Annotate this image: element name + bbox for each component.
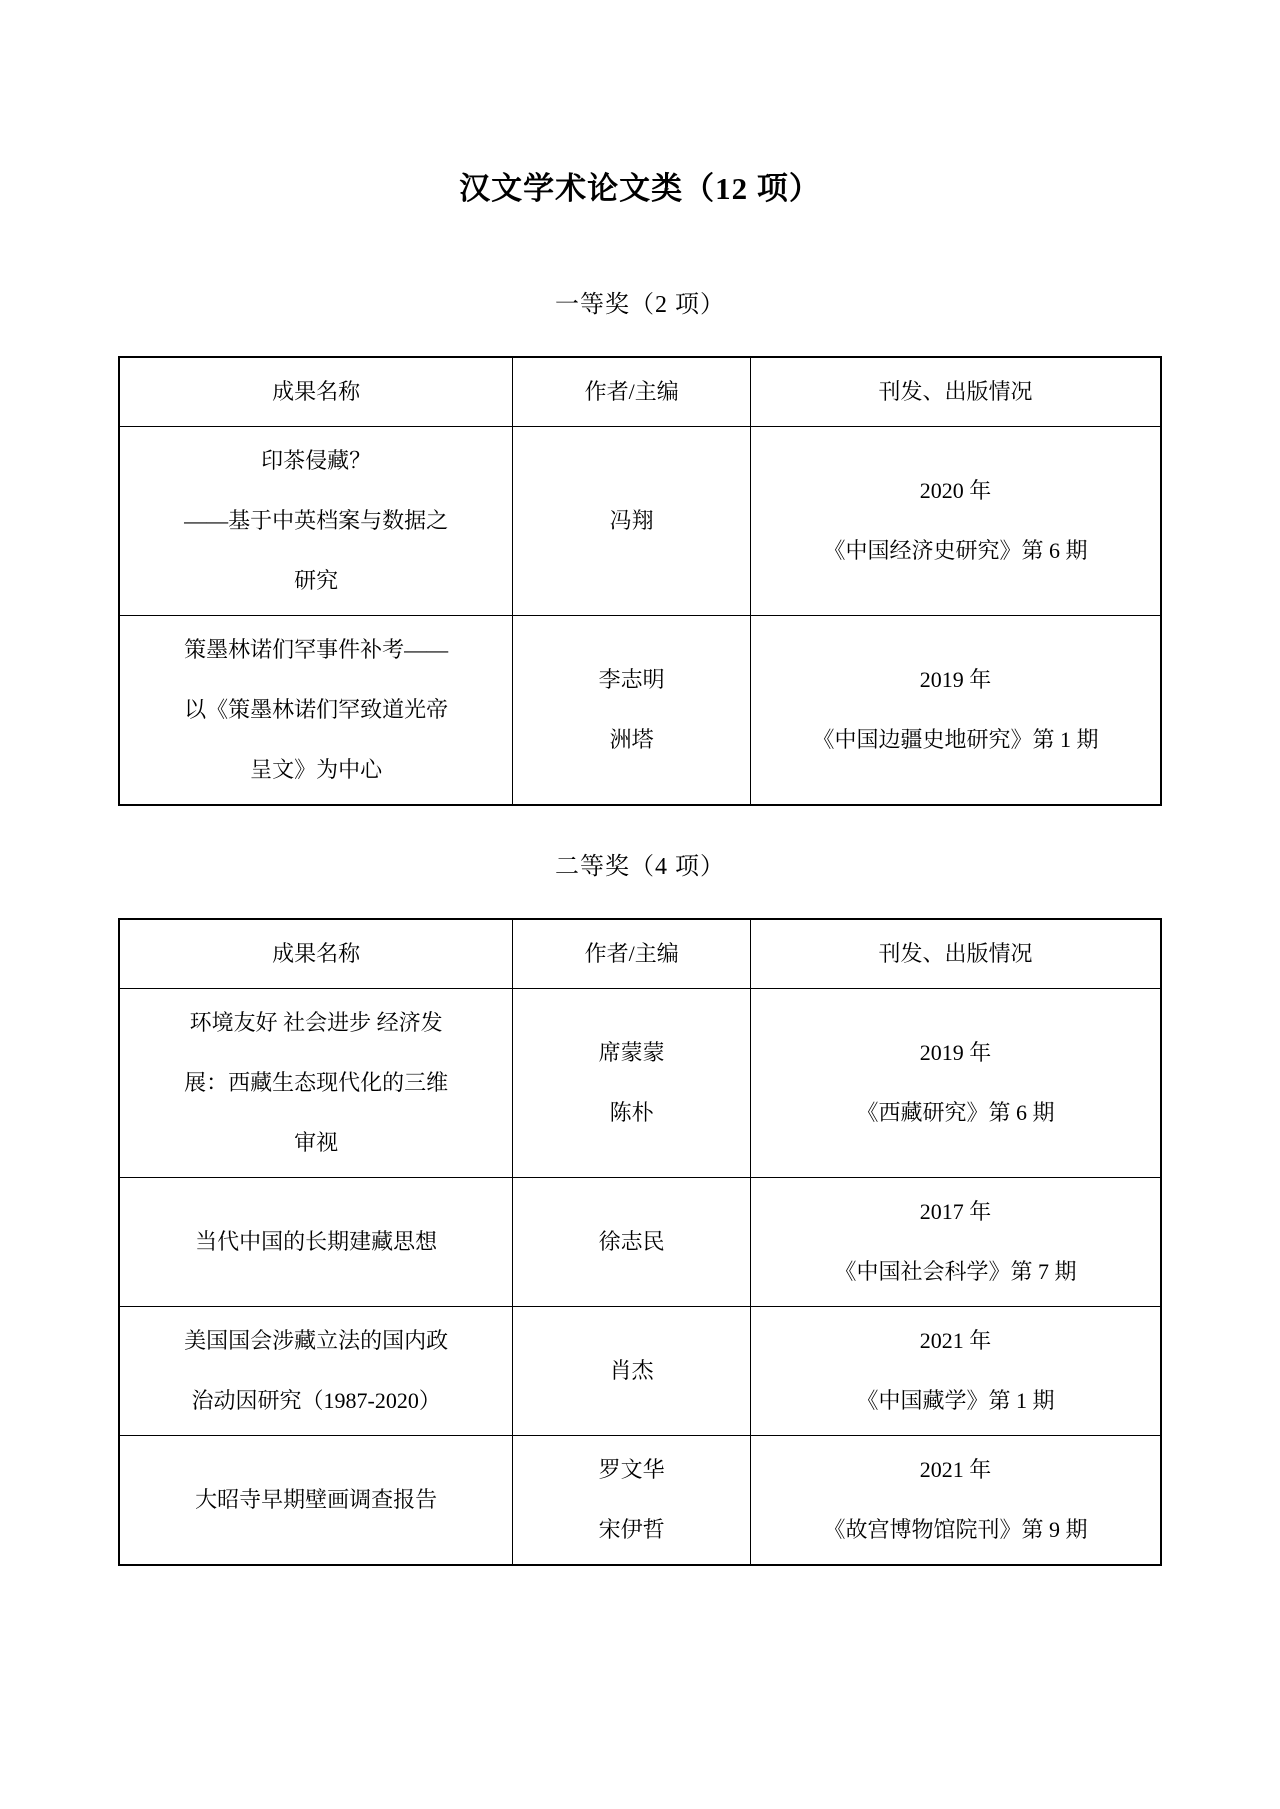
sections-container: 一等奖（2 项） 成果名称作者/主编刊发、出版情况 印茶侵藏？ ——基于中英档案… (118, 288, 1162, 1566)
document-page: 汉文学术论文类（12 项） 一等奖（2 项） 成果名称作者/主编刊发、出版情况 … (0, 0, 1280, 1809)
author-cell: 罗文华 宋伊哲 (513, 1436, 751, 1566)
header-cell: 成果名称 (119, 919, 513, 989)
table-row: 策墨林诺们罕事件补考—— 以《策墨林诺们罕致道光帝 呈文》为中心李志明 洲塔20… (119, 616, 1161, 806)
table-row: 环境友好 社会进步 经济发 展：西藏生态现代化的三维 审视席蒙蒙 陈朴2019 … (119, 989, 1161, 1178)
table-header-row: 成果名称作者/主编刊发、出版情况 (119, 919, 1161, 989)
result-name-cell: 策墨林诺们罕事件补考—— 以《策墨林诺们罕致道光帝 呈文》为中心 (119, 616, 513, 806)
award-section: 一等奖（2 项） 成果名称作者/主编刊发、出版情况 印茶侵藏？ ——基于中英档案… (118, 288, 1162, 806)
result-name-cell: 环境友好 社会进步 经济发 展：西藏生态现代化的三维 审视 (119, 989, 513, 1178)
result-name-cell: 当代中国的长期建藏思想 (119, 1178, 513, 1307)
header-cell: 刊发、出版情况 (750, 919, 1161, 989)
author-cell: 肖杰 (513, 1307, 751, 1436)
header-cell: 刊发、出版情况 (750, 357, 1161, 427)
author-cell: 李志明 洲塔 (513, 616, 751, 806)
header-cell: 作者/主编 (513, 357, 751, 427)
publication-cell: 2019 年 《西藏研究》第 6 期 (750, 989, 1161, 1178)
result-name-cell: 大昭寺早期壁画调查报告 (119, 1436, 513, 1566)
awards-table: 成果名称作者/主编刊发、出版情况 环境友好 社会进步 经济发 展：西藏生态现代化… (118, 918, 1162, 1566)
table-row: 当代中国的长期建藏思想徐志民2017 年 《中国社会科学》第 7 期 (119, 1178, 1161, 1307)
awards-table: 成果名称作者/主编刊发、出版情况 印茶侵藏？ ——基于中英档案与数据之 研究冯翔… (118, 356, 1162, 806)
publication-cell: 2019 年 《中国边疆史地研究》第 1 期 (750, 616, 1161, 806)
result-name-cell: 美国国会涉藏立法的国内政 治动因研究（1987-2020） (119, 1307, 513, 1436)
publication-cell: 2021 年 《中国藏学》第 1 期 (750, 1307, 1161, 1436)
author-cell: 冯翔 (513, 427, 751, 616)
publication-cell: 2020 年 《中国经济史研究》第 6 期 (750, 427, 1161, 616)
author-cell: 徐志民 (513, 1178, 751, 1307)
table-row: 印茶侵藏？ ——基于中英档案与数据之 研究冯翔2020 年 《中国经济史研究》第… (119, 427, 1161, 616)
publication-cell: 2017 年 《中国社会科学》第 7 期 (750, 1178, 1161, 1307)
award-section: 二等奖（4 项） 成果名称作者/主编刊发、出版情况 环境友好 社会进步 经济发 … (118, 850, 1162, 1566)
section-heading: 一等奖（2 项） (118, 288, 1162, 322)
header-cell: 作者/主编 (513, 919, 751, 989)
section-heading: 二等奖（4 项） (118, 850, 1162, 884)
header-cell: 成果名称 (119, 357, 513, 427)
publication-cell: 2021 年 《故宫博物馆院刊》第 9 期 (750, 1436, 1161, 1566)
result-name-cell: 印茶侵藏？ ——基于中英档案与数据之 研究 (119, 427, 513, 616)
table-header-row: 成果名称作者/主编刊发、出版情况 (119, 357, 1161, 427)
page-title: 汉文学术论文类（12 项） (118, 166, 1162, 212)
table-row: 大昭寺早期壁画调查报告罗文华 宋伊哲2021 年 《故宫博物馆院刊》第 9 期 (119, 1436, 1161, 1566)
author-cell: 席蒙蒙 陈朴 (513, 989, 751, 1178)
table-row: 美国国会涉藏立法的国内政 治动因研究（1987-2020）肖杰2021 年 《中… (119, 1307, 1161, 1436)
